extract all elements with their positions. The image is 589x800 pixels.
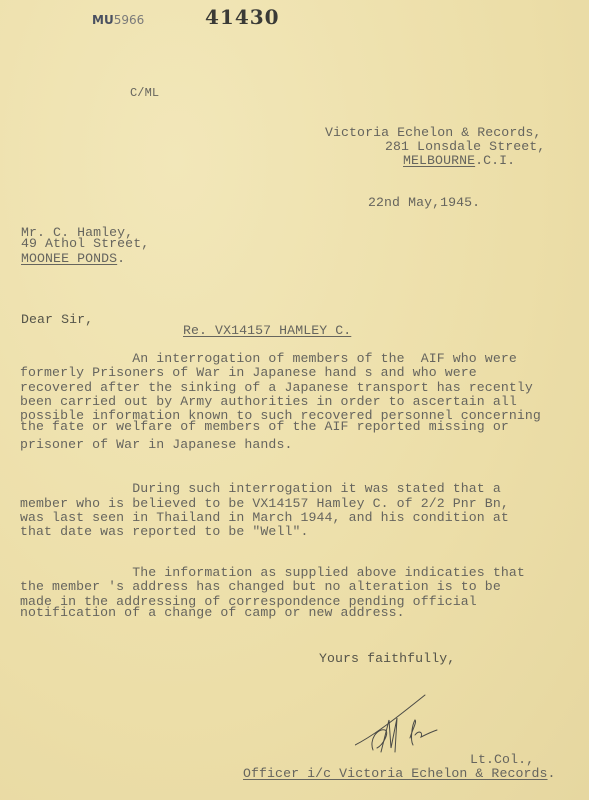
body-line: The information as supplied above indica… xyxy=(20,566,525,579)
body-line: member who is believed to be VX14157 Ham… xyxy=(20,497,509,510)
letter-date: 22nd May,1945. xyxy=(368,196,480,209)
reference-stamp: MU5966 xyxy=(92,13,144,27)
body-line: been carried out by Army authorities in … xyxy=(20,395,517,408)
typist-initials: C/ML xyxy=(130,87,159,100)
body-line: the member 's address has changed but no… xyxy=(20,580,501,593)
reference-stamp-number: 5966 xyxy=(114,13,145,27)
body-line: prisoner of War in Japanese hands. xyxy=(20,438,292,451)
sender-line-1: Victoria Echelon & Records, xyxy=(325,126,541,139)
signatory-rank: Lt.Col., xyxy=(470,753,534,766)
body-line: the fate or welfare of members of the AI… xyxy=(20,420,509,433)
file-number: 41430 xyxy=(205,5,280,29)
body-line: formerly Prisoners of War in Japanese ha… xyxy=(20,366,477,379)
recipient-line-2: 49 Athol Street, xyxy=(21,237,149,250)
subject-line: Re. VX14157 HAMLEY C. xyxy=(183,324,351,337)
recipient-suburb: MOONEE PONDS xyxy=(21,251,117,266)
body-line: recovered after the sinking of a Japanes… xyxy=(20,381,533,394)
sender-line-3: MELBOURNE.C.I. xyxy=(403,154,515,167)
body-line: that date was reported to be "Well". xyxy=(20,525,309,538)
body-line: notification of a change of camp or new … xyxy=(20,606,405,619)
reference-stamp-prefix: MU xyxy=(92,13,114,27)
closing: Yours faithfully, xyxy=(319,652,455,665)
sender-line-2: 281 Lonsdale Street, xyxy=(385,140,545,153)
sender-city: MELBOURNE xyxy=(403,153,475,168)
salutation: Dear Sir, xyxy=(21,313,93,326)
recipient-line-3: MOONEE PONDS. xyxy=(21,252,125,265)
body-line: was last seen in Thailand in March 1944,… xyxy=(20,511,509,524)
signatory-title: Officer i/c Victoria Echelon & Records. xyxy=(243,767,556,780)
body-line: During such interrogation it was stated … xyxy=(20,482,501,495)
handwritten-signature-icon xyxy=(355,690,465,765)
body-line: An interrogation of members of the AIF w… xyxy=(20,352,517,365)
